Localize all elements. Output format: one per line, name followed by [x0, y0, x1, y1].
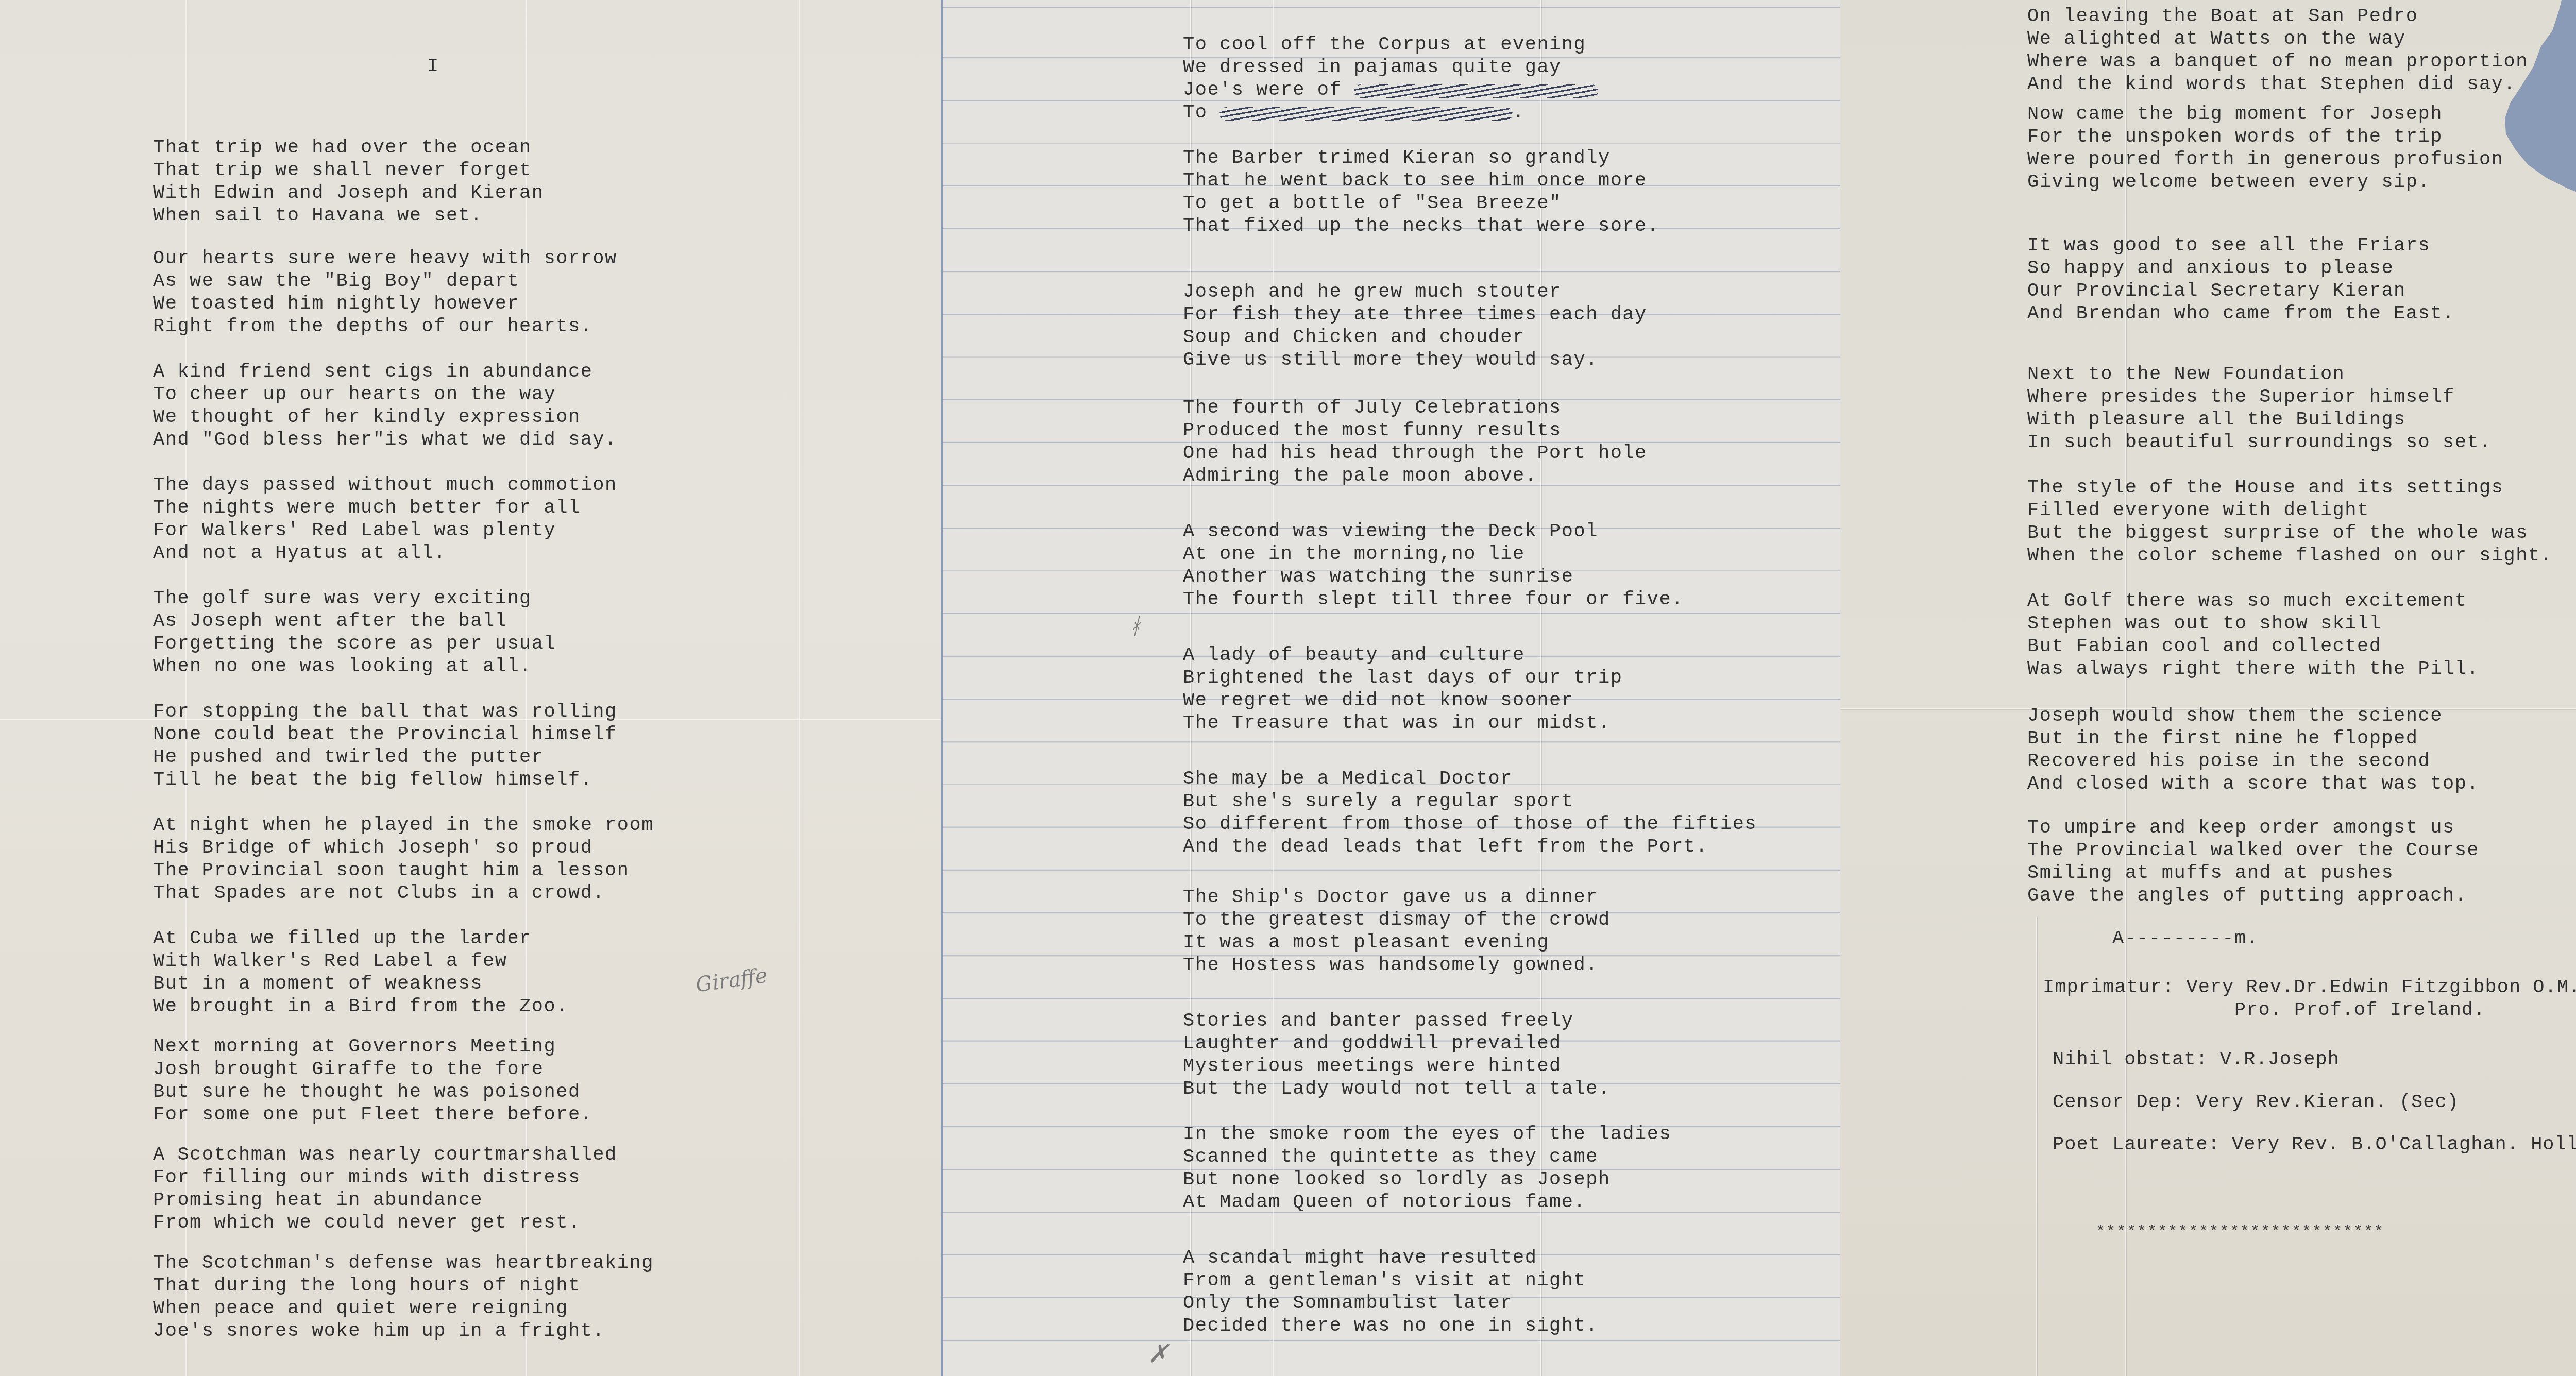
verse-line: That trip we shall never forget — [153, 159, 544, 182]
verse-line: Our hearts sure were heavy with sorrow — [153, 247, 617, 270]
verse-line: And not a Hyatus at all. — [153, 542, 617, 565]
stanza: For stopping the ball that was rollingNo… — [153, 701, 617, 791]
stanza: A lady of beauty and cultureBrightened t… — [1183, 644, 1622, 735]
verse-line: A lady of beauty and culture — [1183, 644, 1622, 667]
page-2: ᚼ ✗ To cool off the Corpus at eveningWe … — [943, 0, 1840, 1376]
verse-line: From a gentleman's visit at night — [1183, 1269, 1598, 1292]
verse-line: Joseph would show them the science — [2027, 705, 2479, 727]
stanza: At night when he played in the smoke roo… — [153, 814, 654, 905]
verse-line: Another was watching the sunrise — [1183, 566, 1684, 588]
verse-line: To cool off the Corpus at evening — [1183, 33, 1598, 56]
verse-line: In such beautiful surroundings so set. — [2027, 431, 2492, 454]
verse-line: For Walkers' Red Label was plenty — [153, 519, 617, 542]
verse-line: To the greatest dismay of the crowd — [1183, 909, 1611, 931]
verse-line: One had his head through the Port hole — [1183, 442, 1647, 465]
verse-line: The style of the House and its settings — [2027, 477, 2552, 499]
verse-line: Where presides the Superior himself — [2027, 386, 2492, 409]
verse-line: We toasted him nightly however — [153, 293, 617, 315]
verse-line: But the Lady would not tell a tale. — [1183, 1078, 1611, 1100]
verse-line: A second was viewing the Deck Pool — [1183, 520, 1684, 543]
verse-line: Recovered his poise in the second — [2027, 750, 2479, 773]
imprimatur: Imprimatur: Very Rev.Dr.Edwin Fitzgibbon… — [2043, 976, 2576, 999]
verse-line: The Scotchman's defense was heartbreakin… — [153, 1252, 654, 1275]
verse-line: To cheer up our hearts on the way — [153, 383, 617, 406]
verse-line: Joe's were of XXXXX XXXXXXXXXXXXXX — [1183, 79, 1598, 101]
imprimatur-title: Pro. Prof.of Ireland. — [2043, 999, 2576, 1022]
stanza: A second was viewing the Deck PoolAt one… — [1183, 520, 1684, 611]
verse-line: But in a moment of weakness — [153, 973, 568, 995]
stanza: The Scotchman's defense was heartbreakin… — [153, 1252, 654, 1343]
verse-line: For the unspoken words of the trip — [2027, 126, 2503, 148]
verse-line: He pushed and twirled the putter — [153, 746, 617, 769]
verse-line: The Provincial walked over the Course — [2027, 839, 2479, 862]
verse-line: But she's surely a regular sport — [1183, 790, 1757, 813]
verse-line: Decided there was no one in sight. — [1183, 1315, 1598, 1337]
verse-line: None could beat the Provincial himself — [153, 723, 617, 746]
page-3: On leaving the Boat at San PedroWe aligh… — [1840, 0, 2576, 1376]
verse-line: In the smoke room the eyes of the ladies — [1183, 1123, 1671, 1146]
verse-line: And "God bless her"is what we did say. — [153, 429, 617, 451]
verse-line: Giving welcome between every sip. — [2027, 171, 2503, 194]
struck-out-text: XX XXXX XX XXX XXXXXXXXX — [1219, 102, 1513, 124]
struck-out-text: XXXXX XXXXXXXXXXXXXX — [1354, 79, 1598, 101]
verse-line: Only the Somnambulist later — [1183, 1292, 1598, 1315]
stanza: The fourth of July CelebrationsProduced … — [1183, 397, 1647, 487]
stanza: Joseph and he grew much stouterFor fish … — [1183, 281, 1647, 371]
verse-line: Where was a banquet of no mean proportio… — [2027, 50, 2528, 73]
stanza: That trip we had over the oceanThat trip… — [153, 137, 544, 227]
censor-deputy: Censor Dep: Very Rev.Kieran. (Sec) — [2053, 1091, 2459, 1114]
pencil-cross-icon: ✗ — [1148, 1339, 1168, 1368]
verse-line: The days passed without much commotion — [153, 474, 617, 497]
verse-line: Joe's snores woke him up in a fright. — [153, 1320, 654, 1343]
stanza: In the smoke room the eyes of the ladies… — [1183, 1123, 1671, 1214]
verse-line: Next to the New Foundation — [2027, 363, 2492, 386]
verse-line: At Golf there was so much excitement — [2027, 590, 2479, 613]
stanza: On leaving the Boat at San PedroWe aligh… — [2027, 5, 2528, 96]
verse-line: His Bridge of which Joseph' so proud — [153, 837, 654, 859]
verse-line: That fixed up the necks that were sore. — [1183, 215, 1659, 237]
verse-line: Were poured forth in generous profusion — [2027, 148, 2503, 171]
verse-line: Laughter and goddwill prevailed — [1183, 1032, 1611, 1055]
verse-line: With pleasure all the Buildings — [2027, 409, 2492, 431]
verse-line: The nights were much better for all — [153, 497, 617, 519]
stanza: Now came the big moment for JosephFor th… — [2027, 103, 2503, 194]
verse-line: That trip we had over the ocean — [153, 137, 544, 159]
stanza: Next morning at Governors MeetingJosh br… — [153, 1035, 592, 1126]
verse-line: We alighted at Watts on the way — [2027, 28, 2528, 50]
verse-line: The fourth of July Celebrations — [1183, 397, 1647, 419]
stanza: To umpire and keep order amongst usThe P… — [2027, 817, 2479, 907]
poet-laureate: Poet Laureate: Very Rev. B.O'Callaghan. … — [2053, 1133, 2576, 1156]
verse-line: For filling our minds with distress — [153, 1166, 617, 1189]
verse-line: And the dead leads that left from the Po… — [1183, 836, 1757, 858]
stanza: The Ship's Doctor gave us a dinnerTo the… — [1183, 886, 1611, 977]
stanza: At Golf there was so much excitementStep… — [2027, 590, 2479, 681]
signature: A---------m. — [2112, 927, 2259, 950]
verse-line: For some one put Fleet there before. — [153, 1103, 592, 1126]
stanza: Our hearts sure were heavy with sorrowAs… — [153, 247, 617, 338]
verse-line: So happy and anxious to please — [2027, 257, 2455, 280]
stanza: At Cuba we filled up the larderWith Walk… — [153, 927, 568, 1018]
stanza: To cool off the Corpus at eveningWe dres… — [1183, 33, 1598, 124]
verse-line: Forgetting the score as per usual — [153, 633, 556, 655]
verse-line: At Madam Queen of notorious fame. — [1183, 1191, 1671, 1214]
page-1: I Giraffe That trip we had over the ocea… — [0, 0, 941, 1376]
verse-line: Give us still more they would say. — [1183, 349, 1647, 371]
verse-line: That during the long hours of night — [153, 1275, 654, 1297]
verse-line: Filled everyone with delight — [2027, 499, 2552, 522]
verse-line: But the biggest surprise of the whole wa… — [2027, 522, 2552, 545]
stanza: It was good to see all the FriarsSo happ… — [2027, 234, 2455, 325]
verse-line: So different from those of those of the … — [1183, 813, 1757, 836]
verse-line: With Walker's Red Label a few — [153, 950, 568, 973]
verse-line: Smiling at muffs and at pushes — [2027, 862, 2479, 885]
pencil-mark-icon: ᚼ — [1128, 613, 1142, 639]
verse-line: When no one was looking at all. — [153, 655, 556, 678]
verse-line: A Scotchman was nearly courtmarshalled — [153, 1144, 617, 1166]
verse-line: The Barber trimed Kieran so grandly — [1183, 147, 1659, 169]
verse-line: We dressed in pajamas quite gay — [1183, 56, 1598, 79]
verse-line: Soup and Chicken and chouder — [1183, 326, 1647, 349]
verse-line: At one in the morning,no lie — [1183, 543, 1684, 566]
stanza: Stories and banter passed freelyLaughter… — [1183, 1010, 1611, 1100]
poem-section-numeral: I — [427, 56, 438, 77]
nihil-obstat: Nihil obstat: V.R.Joseph — [2053, 1048, 2340, 1071]
verse-line: At Cuba we filled up the larder — [153, 927, 568, 950]
verse-line: Josh brought Giraffe to the fore — [153, 1058, 592, 1081]
verse-line: Produced the most funny results — [1183, 419, 1647, 442]
fold-crease — [799, 0, 800, 1376]
stanza: The golf sure was very excitingAs Joseph… — [153, 587, 556, 678]
stanza: A Scotchman was nearly courtmarshalledFo… — [153, 1144, 617, 1234]
verse-line: At night when he played in the smoke roo… — [153, 814, 654, 837]
fold-crease — [2125, 0, 2126, 1376]
verse-line: That Spades are not Clubs in a crowd. — [153, 882, 654, 905]
verse-line: The fourth slept till three four or five… — [1183, 588, 1684, 611]
verse-line: It was a most pleasant evening — [1183, 931, 1611, 954]
verse-line: But sure he thought he was poisoned — [153, 1081, 592, 1103]
verse-line: When sail to Havana we set. — [153, 205, 544, 227]
verse-line: The Treasure that was in our midst. — [1183, 712, 1622, 735]
verse-line: For fish they ate three times each day — [1183, 303, 1647, 326]
verse-line: The golf sure was very exciting — [153, 587, 556, 610]
pencil-annotation: Giraffe — [694, 964, 769, 997]
verse-line: To umpire and keep order amongst us — [2027, 817, 2479, 839]
verse-line: A kind friend sent cigs in abundance — [153, 361, 617, 383]
closing-rule: **************************** — [2096, 1224, 2384, 1241]
verse-line: As Joseph went after the ball — [153, 610, 556, 633]
stanza: The style of the House and its settingsF… — [2027, 477, 2552, 567]
verse-line: And closed with a score that was top. — [2027, 773, 2479, 795]
verse-line: Stephen was out to show skill — [2027, 613, 2479, 635]
verse-line: To get a bottle of "Sea Breeze" — [1183, 192, 1659, 215]
verse-line: Brightened the last days of our trip — [1183, 667, 1622, 689]
stanza: A kind friend sent cigs in abundanceTo c… — [153, 361, 617, 451]
verse-line: But Fabian cool and collected — [2027, 635, 2479, 658]
verse-line: And Brendan who came from the East. — [2027, 302, 2455, 325]
stanza: She may be a Medical DoctorBut she's sur… — [1183, 768, 1757, 858]
verse-line: From which we could never get rest. — [153, 1212, 617, 1234]
verse-line: Joseph and he grew much stouter — [1183, 281, 1647, 303]
verse-line: Was always right there with the Pill. — [2027, 658, 2479, 681]
verse-line: Next morning at Governors Meeting — [153, 1035, 592, 1058]
verse-line: It was good to see all the Friars — [2027, 234, 2455, 257]
verse-line: The Ship's Doctor gave us a dinner — [1183, 886, 1611, 909]
stanza: Next to the New FoundationWhere presides… — [2027, 363, 2492, 454]
verse-line: That he went back to see him once more — [1183, 169, 1659, 192]
stanza: The days passed without much commotionTh… — [153, 474, 617, 565]
verse-line: We brought in a Bird from the Zoo. — [153, 995, 568, 1018]
verse-line: We thought of her kindly expression — [153, 406, 617, 429]
verse-line: Mysterious meetings were hinted — [1183, 1055, 1611, 1078]
verse-line: When the color scheme flashed on our sig… — [2027, 545, 2552, 567]
verse-line: She may be a Medical Doctor — [1183, 768, 1757, 790]
verse-line: Stories and banter passed freely — [1183, 1010, 1611, 1032]
verse-line: We regret we did not know sooner — [1183, 689, 1622, 712]
verse-line: And the kind words that Stephen did say. — [2027, 73, 2528, 96]
stanza: Joseph would show them the scienceBut in… — [2027, 705, 2479, 795]
verse-line: Now came the big moment for Joseph — [2027, 103, 2503, 126]
verse-line: The Provincial soon taught him a lesson — [153, 859, 654, 882]
verse-line: Till he beat the big fellow himself. — [153, 769, 617, 791]
verse-line: But in the first nine he flopped — [2027, 727, 2479, 750]
verse-line: Promising heat in abundance — [153, 1189, 617, 1212]
stanza: A scandal might have resultedFrom a gent… — [1183, 1247, 1598, 1337]
verse-line: Our Provincial Secretary Kieran — [2027, 280, 2455, 302]
verse-line: A scandal might have resulted — [1183, 1247, 1598, 1269]
fold-crease — [2036, 917, 2037, 1376]
verse-line: When peace and quiet were reigning — [153, 1297, 654, 1320]
verse-line: On leaving the Boat at San Pedro — [2027, 5, 2528, 28]
stanza: The Barber trimed Kieran so grandlyThat … — [1183, 147, 1659, 237]
verse-line: Scanned the quintette as they came — [1183, 1146, 1671, 1168]
verse-line: With Edwin and Joseph and Kieran — [153, 182, 544, 205]
verse-line: Right from the depths of our hearts. — [153, 315, 617, 338]
verse-line: Gave the angles of putting approach. — [2027, 885, 2479, 907]
verse-line: The Hostess was handsomely gowned. — [1183, 954, 1611, 977]
verse-line: To XX XXXX XX XXX XXXXXXXXX. — [1183, 101, 1598, 124]
verse-line: For stopping the ball that was rolling — [153, 701, 617, 723]
verse-line: But none looked so lordly as Joseph — [1183, 1168, 1671, 1191]
verse-line: As we saw the "Big Boy" depart — [153, 270, 617, 293]
verse-line: Admiring the pale moon above. — [1183, 465, 1647, 487]
